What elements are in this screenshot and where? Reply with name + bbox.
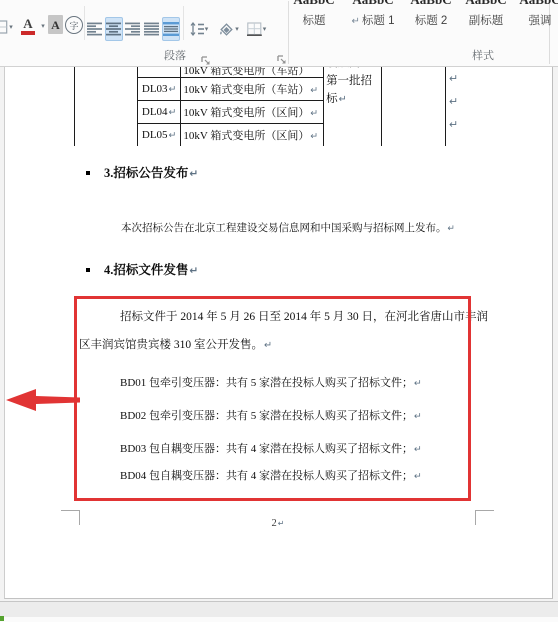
table-cell[interactable] [75, 67, 138, 146]
styles-group-label: 样式 [456, 47, 510, 63]
char-shading-button[interactable]: A [48, 15, 63, 34]
style-item-heading1[interactable]: AaBbC ↵标题 1 [342, 0, 404, 42]
align-center-icon [106, 22, 122, 36]
style-item-heading2[interactable]: AaBbC 标题 2 [406, 0, 456, 42]
window-bottom-edge [0, 617, 558, 622]
table-cell[interactable]: 10kV 箱式变电所（区间）↵ [181, 124, 324, 147]
style-preview: AaBbC [342, 0, 404, 8]
font-color-button[interactable]: A [17, 11, 39, 41]
style-label: ↵标题 1 [342, 12, 404, 28]
paragraph-announcement[interactable]: 本次招标公告在北京工程建设交易信息网和中国采购与招标网上发布。↵ [121, 220, 455, 235]
table-cell[interactable] [137, 67, 180, 78]
paragraph-group-label: 段落 [148, 47, 202, 63]
line-spacing-button[interactable]: ▾ [186, 17, 212, 41]
dialog-launcher-icon [201, 56, 211, 66]
style-preview: AaBbC [289, 0, 339, 8]
table-cell[interactable]: 接触网）第一批招标↵ [324, 67, 382, 146]
margin-corner-mark [61, 510, 80, 525]
heading-3[interactable]: 3.招标公告发布↵ [104, 163, 198, 181]
chevron-down-icon: ▾ [205, 26, 209, 33]
align-left-icon [87, 22, 103, 36]
shading-button[interactable]: ▾ [215, 17, 242, 41]
clipped-font-button[interactable]: ▾ [0, 14, 17, 40]
style-item-subtitle[interactable]: AaBbC 副标题 [458, 0, 514, 42]
ribbon-home-tab: ▾ A ▾ A 字 [0, 0, 558, 67]
separator [84, 6, 85, 40]
distribute-icon [163, 22, 179, 36]
font-color-red-bar [21, 31, 35, 35]
style-label: 强调 [518, 12, 558, 28]
clipped-icon [0, 20, 9, 35]
paint-bucket-icon [218, 22, 234, 37]
borders-button[interactable]: ▾ [243, 17, 270, 41]
align-right-button[interactable] [124, 17, 142, 41]
heading-4[interactable]: 4.招标文件发售↵ [104, 260, 198, 278]
chevron-down-icon: ▾ [235, 26, 239, 33]
font-color-icon: A [23, 17, 32, 30]
font-dialog-launcher[interactable] [201, 53, 211, 63]
style-item-emphasis[interactable]: AaBbC 强调 [518, 0, 558, 42]
justify-icon [144, 22, 160, 36]
table-cell[interactable] [382, 67, 446, 146]
style-label: 标题 [289, 12, 339, 28]
align-center-button[interactable] [105, 17, 123, 41]
paragraph-mark: ↵ [449, 95, 458, 108]
list-bullet [86, 171, 90, 175]
status-indicator [0, 616, 4, 621]
red-arrow-annotation[interactable] [0, 384, 82, 416]
linked-style-icon: ↵ [352, 16, 360, 27]
table-cell[interactable]: DL03↵ [137, 78, 180, 101]
chevron-down-icon: ▾ [9, 24, 13, 31]
table-cell[interactable]: 10kV 箱式变电所（车站）↵ [181, 78, 324, 101]
document-table: 10kV 箱式变电所（车站） 接触网）第一批招标↵ DL03↵ 10kV 箱式变… [74, 67, 446, 146]
align-right-icon [125, 22, 141, 36]
enclose-character-button[interactable]: 字 [64, 14, 84, 36]
font-color-dropdown[interactable]: ▾ [38, 18, 48, 34]
status-bar [0, 601, 558, 618]
paragraph-mark: ↵ [449, 72, 458, 85]
style-preview: AaBbC [406, 0, 456, 8]
style-preview: AaBbC [518, 0, 558, 8]
table-cell[interactable]: DL04↵ [137, 101, 180, 124]
distribute-button[interactable] [162, 17, 180, 41]
style-preview: AaBbC [458, 0, 514, 8]
borders-grid-icon [247, 22, 262, 36]
page-number: 2↵ [258, 518, 298, 529]
chevron-down-icon: ▾ [41, 23, 45, 30]
line-spacing-icon [190, 22, 204, 36]
justify-button[interactable] [143, 17, 161, 41]
style-label: 副标题 [458, 12, 514, 28]
char-shading-icon: A [51, 19, 60, 31]
chevron-down-icon: ▾ [263, 26, 267, 33]
word-window: ▾ A ▾ A 字 [0, 0, 558, 622]
margin-corner-mark [475, 510, 494, 525]
paragraph-dialog-launcher[interactable] [277, 52, 287, 62]
enclose-character-icon: 字 [65, 16, 83, 34]
table-cell[interactable]: DL05↵ [137, 124, 180, 147]
style-item-title[interactable]: AaBbC 标题 [289, 0, 339, 42]
separator [183, 6, 184, 40]
paragraph-mark: ↵ [449, 118, 458, 131]
list-bullet [86, 268, 90, 272]
red-highlight-box[interactable] [74, 296, 471, 501]
dialog-launcher-icon [277, 55, 287, 65]
table-cell[interactable]: 10kV 箱式变电所（车站） [181, 67, 324, 78]
style-label: 标题 2 [406, 12, 456, 28]
table-cell[interactable]: 10kV 箱式变电所（区间）↵ [181, 101, 324, 124]
align-left-button[interactable] [86, 17, 104, 41]
